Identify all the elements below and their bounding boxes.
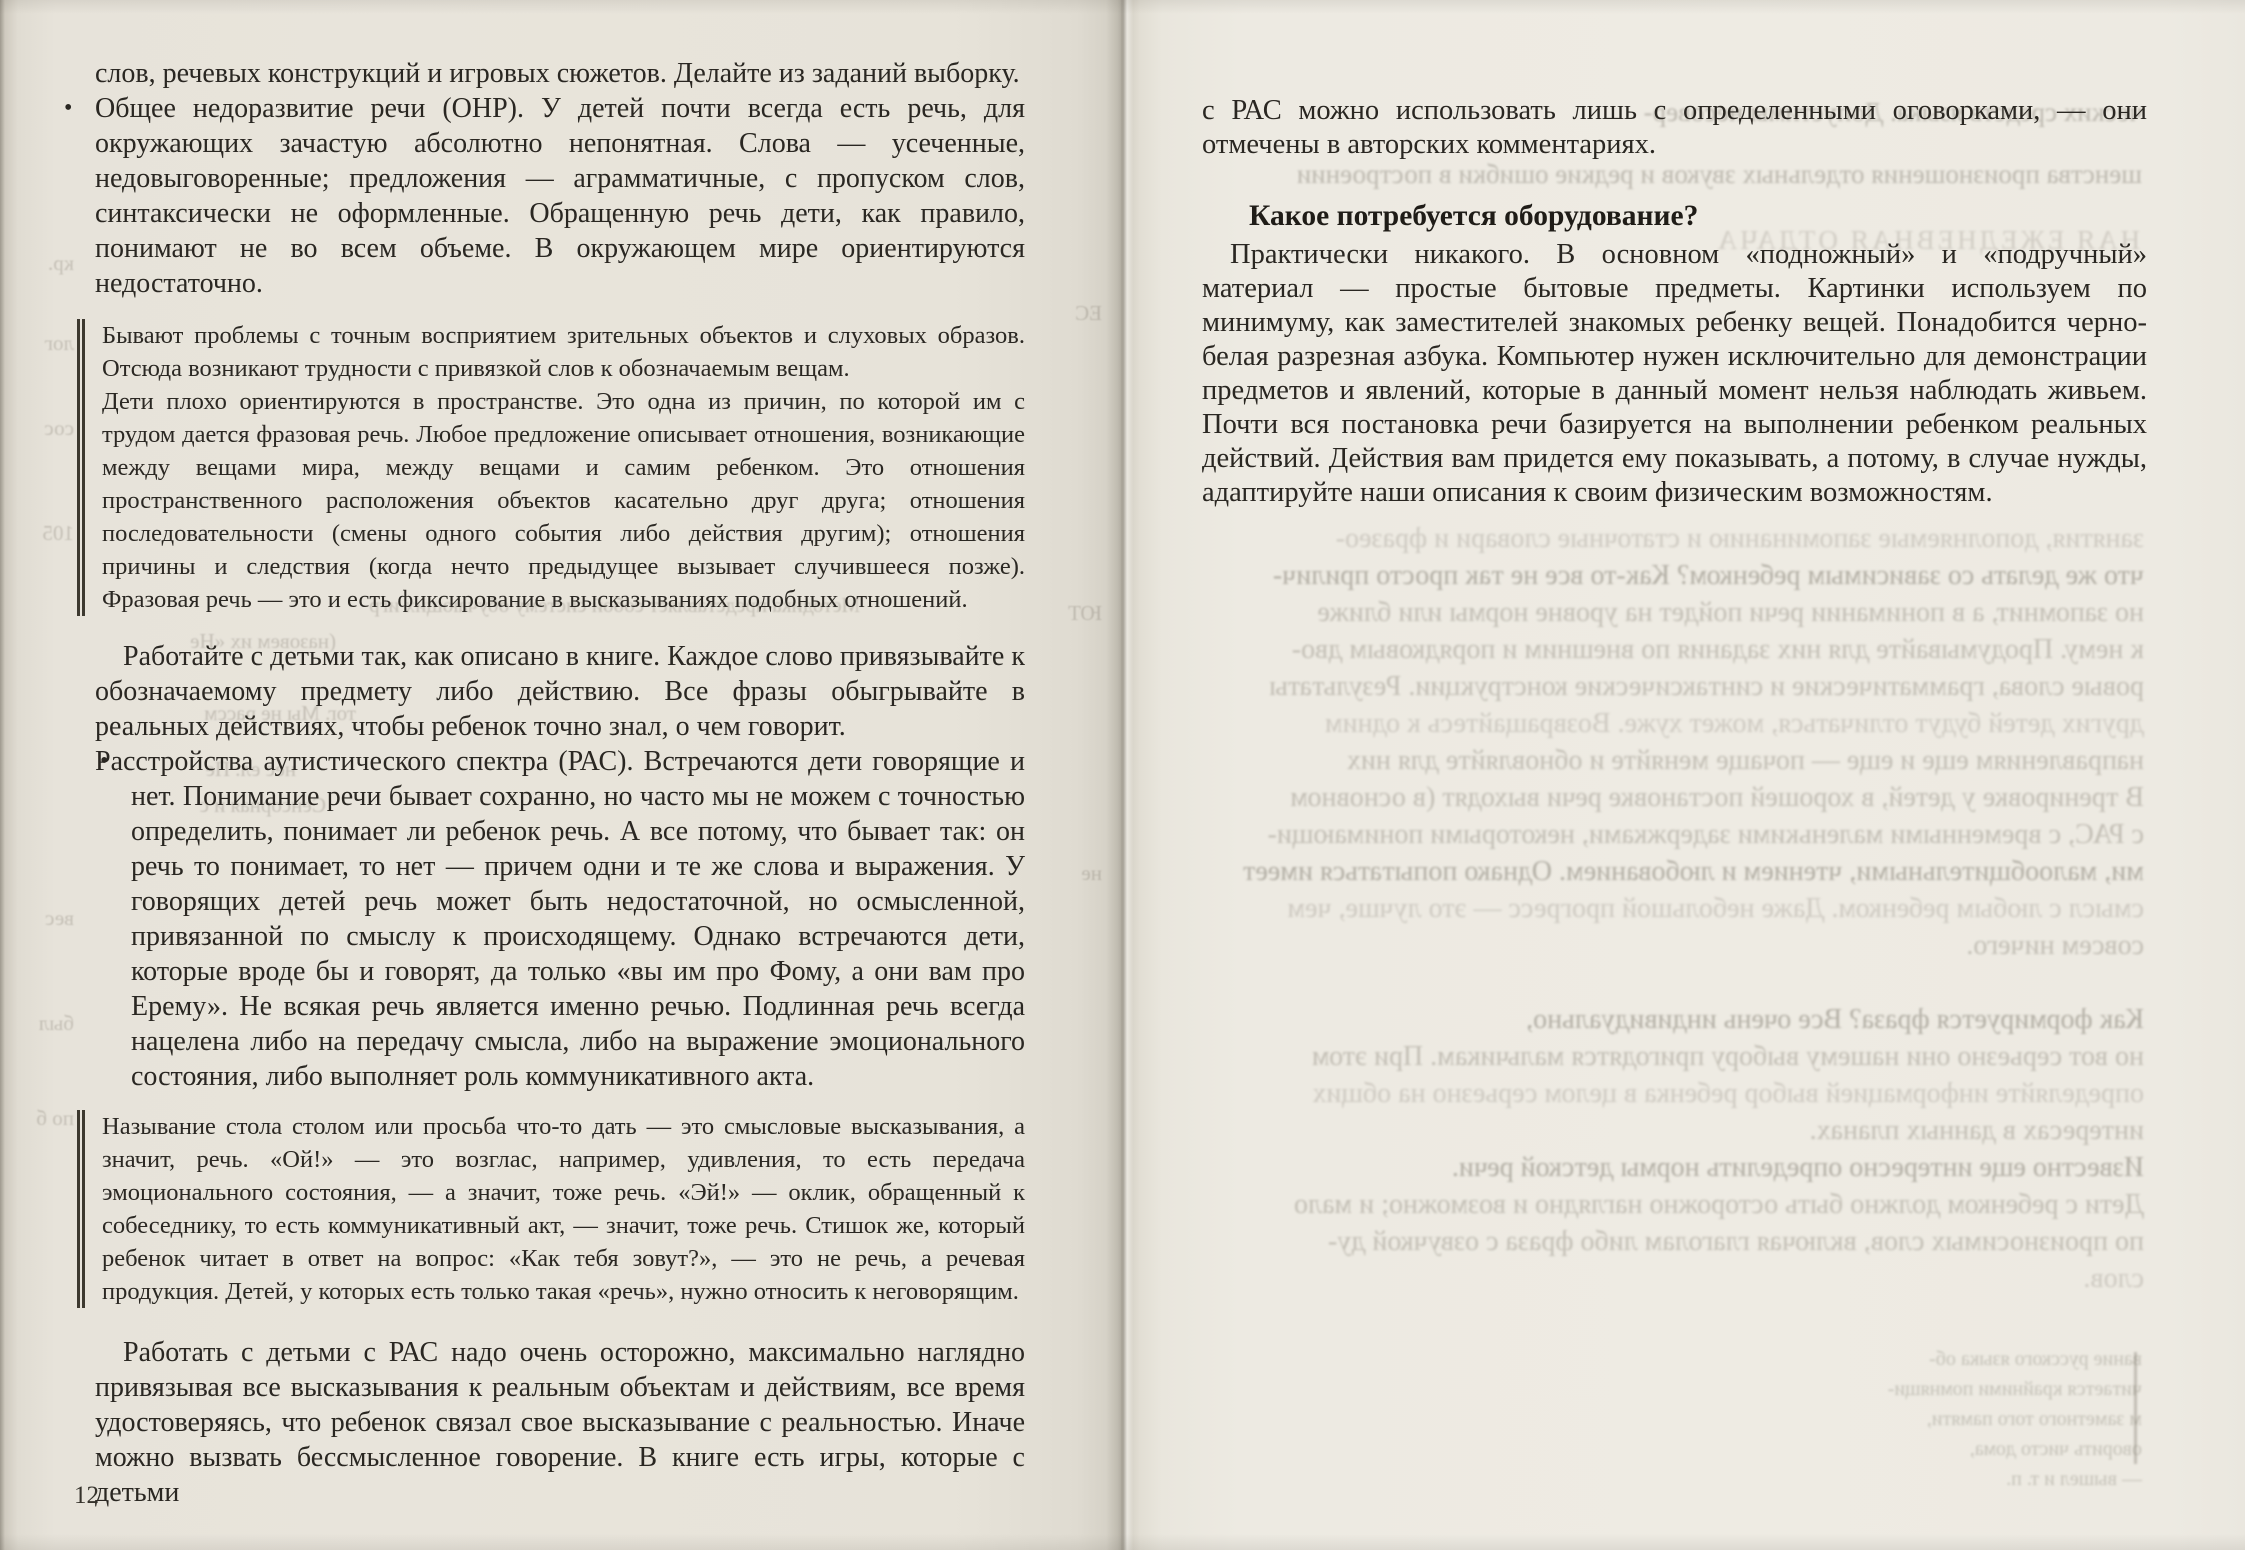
bleed-through-line: ми, малообщительными, чтением и любовани…	[1202, 853, 2144, 890]
bleed-through-line: оворить чисто дома,	[1758, 1434, 2142, 1464]
page-number: 12	[74, 1482, 99, 1510]
bleed-through-line: интересах в данных планах.	[1202, 1112, 2144, 1149]
sidenote-2: Называние стола столом или просьба что-т…	[77, 1110, 1025, 1308]
bleed-through-line: Дети с ребенком должно быть осторожно на…	[1202, 1186, 2144, 1223]
sidenote-1-para-1: Бывают проблемы с точным восприятием зри…	[102, 319, 1025, 385]
paragraph-work-with-children: Работайте с детьми так, как описано в кн…	[95, 639, 1025, 744]
bullet-marker: •	[64, 91, 72, 126]
paragraph-ras-warning: Работать с детьми с РАС надо очень остор…	[95, 1335, 1025, 1510]
bleed-through-line: к нему. Продумывайте для них задания по …	[1202, 631, 2144, 668]
bleed-through-text: вес	[14, 905, 74, 931]
bleed-through-line: слов.	[1202, 1260, 2144, 1297]
bleed-through-line: Известно еще интересно определить нормы …	[1202, 1149, 2144, 1186]
bleed-through-text: был	[14, 1010, 74, 1036]
bleed-through-paragraphs: занятия, дополняемые запоминанию и стато…	[1202, 520, 2144, 1297]
bleed-through-line: направлениям еще и еще — почаще меняйте …	[1202, 742, 2144, 779]
bleed-through-line: что же делать со зависимым ребенком? Как…	[1202, 557, 2144, 594]
bleed-through-line: смысл с любым ребенком. Даже небольшой п…	[1202, 890, 2144, 927]
bleed-through-line: вание русского языка об-	[1758, 1344, 2142, 1374]
bleed-through-footnote: вание русского языка об-читается крайним…	[1758, 1344, 2142, 1494]
sidenote-2-para: Называние стола столом или просьба что-т…	[102, 1110, 1025, 1308]
bleed-through-line: м заметного того памяти,	[1758, 1404, 2142, 1434]
bleed-through-line: занятия, дополняемые запоминанию и стато…	[1202, 520, 2144, 557]
bleed-through-text: не	[1032, 860, 1102, 886]
bleed-through-line: по произносимых слов, включая глаголам л…	[1202, 1223, 2144, 1260]
section-heading: Какое потребуется оборудование?	[1202, 199, 2147, 233]
bleed-through-text: кр.	[14, 250, 74, 276]
bleed-through-line: В тренировке у детей, в хорошей постанов…	[1202, 779, 2144, 816]
bleed-through-line: но запомнит, а в понимании речи пойдет н…	[1202, 594, 2144, 631]
bullet-item-onr: •Общее недоразвитие речи (ОНР). У детей …	[95, 91, 1025, 301]
bleed-through-line: ровые слова, грамматические и синтаксиче…	[1202, 668, 2144, 705]
bullet-item-onr-text: Общее недоразвитие речи (ОНР). У детей п…	[95, 93, 1025, 299]
bleed-through-line: других детей будут отличаться, может хуж…	[1202, 705, 2144, 742]
bleed-through-text: сос	[14, 415, 74, 441]
bleed-through-line: читается крайними помнящи-	[1758, 1374, 2142, 1404]
bleed-through-text: по б	[14, 1105, 74, 1131]
bleed-through-line: но вот серьезно они нашему выбору пригод…	[1202, 1038, 2144, 1075]
bleed-through-line: — вышел и т. п.	[1758, 1464, 2142, 1494]
book-photo: Методика представляет собой систему обуч…	[0, 0, 2245, 1550]
paragraph-equipment: Практически никакого. В основном «поднож…	[1202, 238, 2147, 510]
bleed-through-line: Как формируется фраза? Все очень индивид…	[1202, 1001, 2144, 1038]
bleed-through-line: с РАС, с временными маленькими задержкам…	[1202, 816, 2144, 853]
bleed-through-text: лог	[14, 330, 74, 356]
right-page-text: с РАС можно использовать лишь с определе…	[1202, 94, 2147, 510]
bleed-through-text: ЕС	[1032, 300, 1102, 326]
sidenote-1-para-2: Дети плохо ориентируются в пространстве.…	[102, 385, 1025, 616]
continuation-paragraph: с РАС можно использовать лишь с определе…	[1202, 94, 2147, 162]
bleed-through-text: ЮТ	[1032, 600, 1102, 626]
bullet-item-ras: •Расстройства аутистического спектра (РА…	[95, 744, 1025, 1094]
book-spine-gutter	[1106, 0, 1140, 1550]
continuation-paragraph: слов, речевых конструкций и игровых сюже…	[95, 56, 1025, 91]
bullet-marker: •	[100, 744, 108, 779]
bleed-through-line	[1202, 964, 2144, 1001]
left-page-text: слов, речевых конструкций и игровых сюже…	[95, 56, 1025, 1510]
bleed-through-text: 105	[14, 520, 74, 546]
bleed-through-line: определяйте информацией выбор ребенка в …	[1202, 1075, 2144, 1112]
bullet-item-ras-text: Расстройства аутистического спектра (РАС…	[95, 746, 1025, 1092]
sidenote-1: Бывают проблемы с точным восприятием зри…	[77, 319, 1025, 616]
bleed-through-line: совсем ничего.	[1202, 927, 2144, 964]
bleed-through-rule	[2134, 1352, 2137, 1464]
